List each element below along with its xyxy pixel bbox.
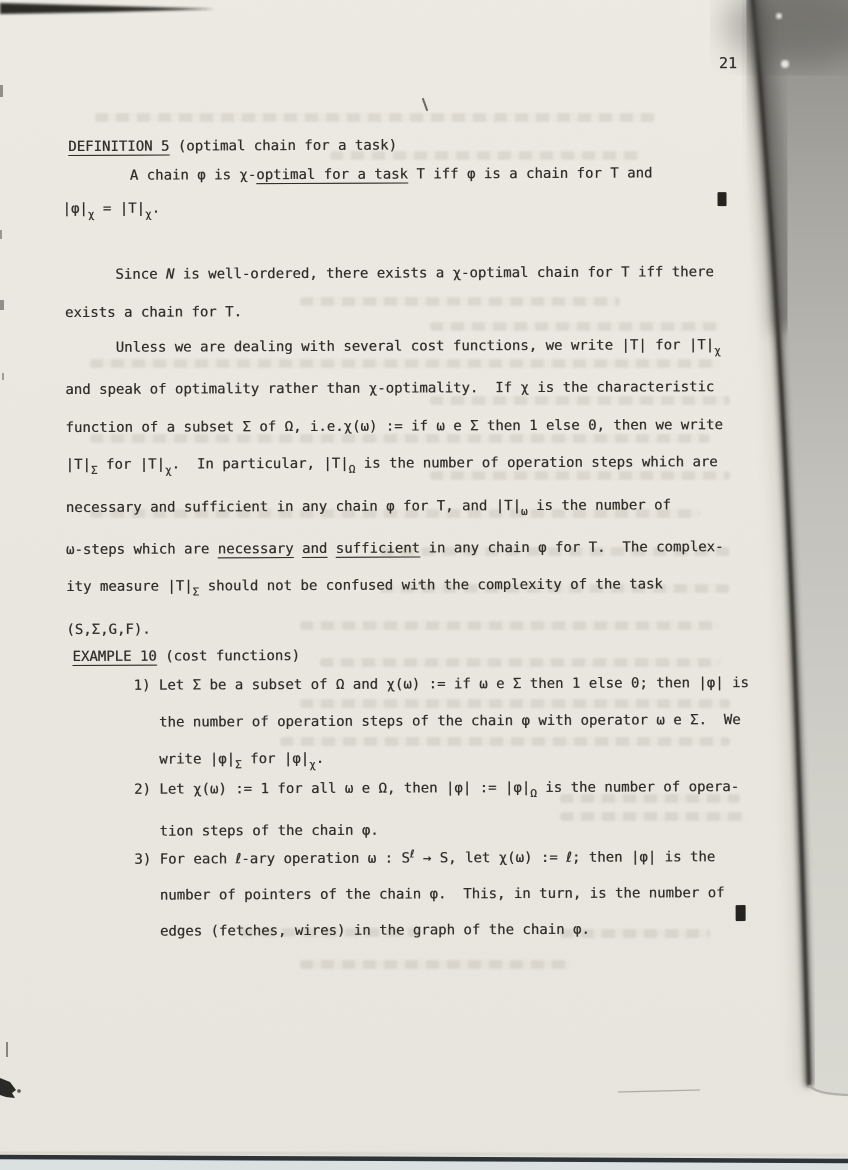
text-line: edges (fetches, wires) in the graph of t…	[135, 911, 725, 950]
typewritten-content: 21 DEFINITION 5 (optimal chain for a tas…	[0, 0, 848, 1157]
end-of-proof-marker	[717, 192, 726, 206]
definition-5-heading: DEFINITION 5 (optimal chain for a task)	[68, 135, 397, 158]
text-line: exists a chain for T.	[65, 291, 714, 332]
text-line: function of a subset Σ of Ω, i.e.χ(ω) :=…	[65, 407, 723, 447]
text-line: ity measure |T|Σ should not be confused …	[66, 567, 724, 612]
example-10-item-3: 3) For each ℓ-ary operation ω : Sℓ → S, …	[134, 835, 724, 950]
text-line: ω-steps which are necessary and sufficie…	[66, 529, 724, 569]
text-line: DEFINITION 5 (optimal chain for a task)	[68, 135, 397, 158]
text-line: A chain φ is χ-optimal for a task T iff …	[62, 157, 652, 193]
text-line: Since N is well-ordered, there exists a …	[65, 253, 714, 294]
page-number: 21	[719, 54, 737, 72]
paragraph-unless: Unless we are dealing with several cost …	[65, 327, 724, 649]
text-line: 1) Let Σ be a subset of Ω and χ(ω) := if…	[134, 665, 749, 705]
text-line: the number of operation steps of the cha…	[134, 702, 749, 742]
end-of-proof-marker	[736, 905, 746, 921]
paragraph-since: Since N is well-ordered, there exists a …	[65, 253, 714, 332]
text-line: number of pointers of the chain φ. This,…	[134, 875, 724, 914]
text-line: EXAMPLE 10 (cost functions)	[72, 645, 300, 668]
bottom-page-edge	[0, 1157, 848, 1161]
text-line: |T|Σ for |T|χ. In particular, |T|Ω is th…	[66, 444, 724, 489]
scanned-page: { "page": { "number": "21" }, "colors": …	[0, 0, 848, 1170]
example-10-item-1: 1) Let Σ be a subset of Ω and χ(ω) := if…	[134, 665, 750, 784]
example-10-heading: EXAMPLE 10 (cost functions)	[72, 645, 300, 668]
text-line: Unless we are dealing with several cost …	[65, 327, 723, 372]
text-line: and speak of optimality rather than χ-op…	[65, 370, 723, 410]
text-line: necessary and sufficient in any chain φ …	[66, 487, 724, 532]
text-line: 3) For each ℓ-ary operation ω : Sℓ → S, …	[134, 835, 724, 878]
text-line: |φ|χ = |T|χ.	[62, 190, 652, 231]
text-line: 2) Let χ(ω) := 1 for all ω e Ω, then |φ|…	[134, 769, 739, 814]
text-line: (S,Σ,G,F).	[66, 609, 724, 649]
definition-5-body: A chain φ is χ-optimal for a task T iff …	[62, 157, 652, 231]
